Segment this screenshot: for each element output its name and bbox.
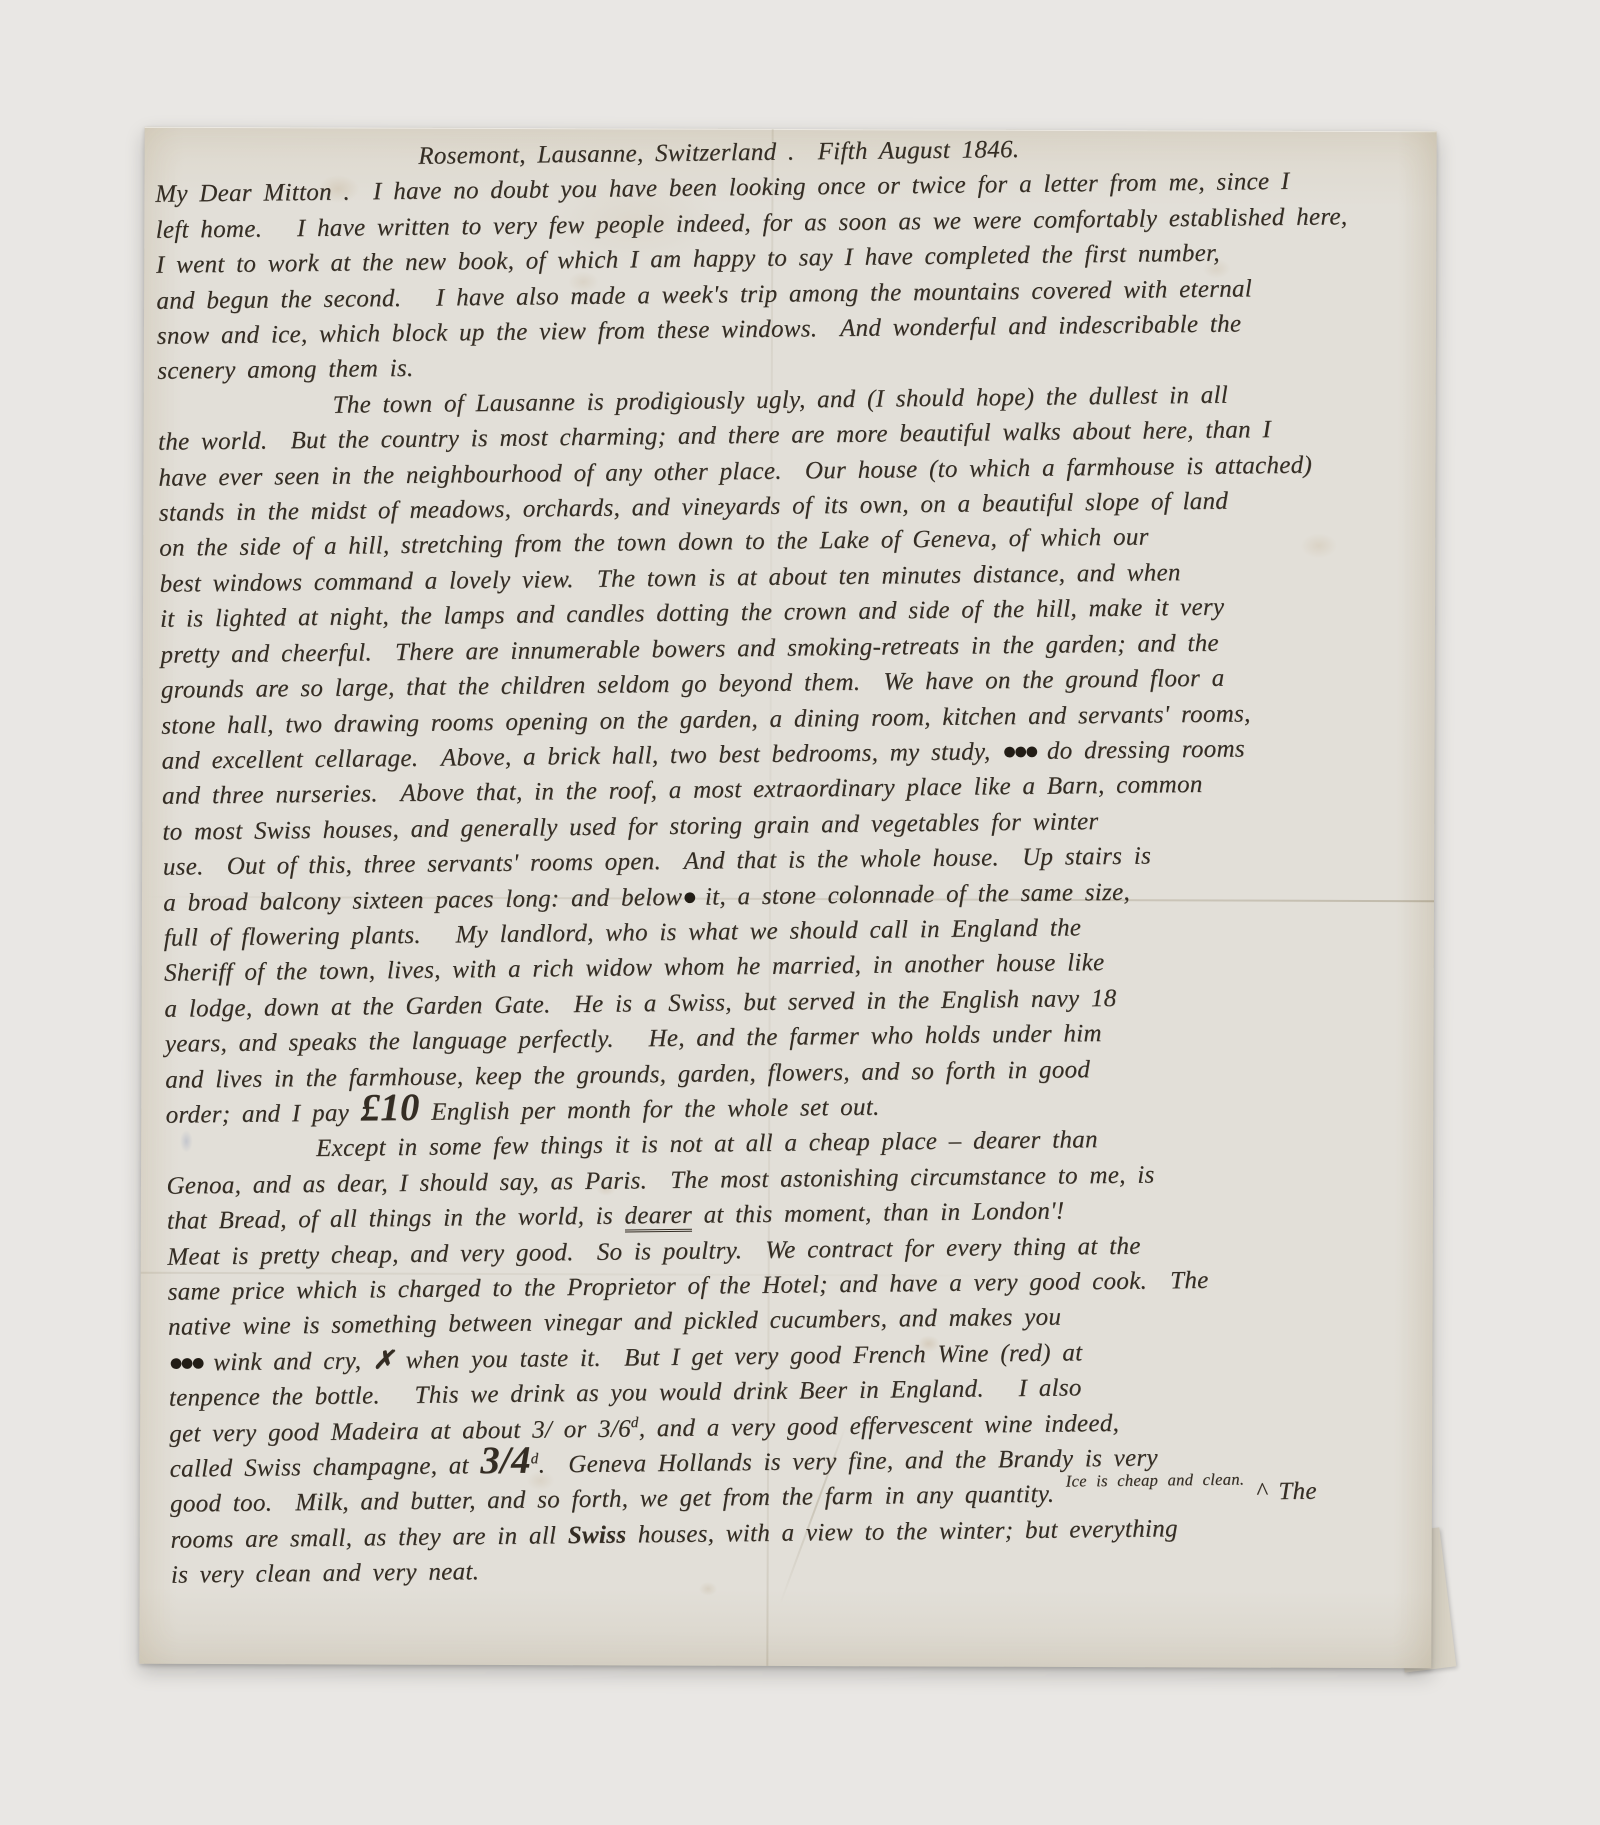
manuscript-segment: and lives in the farmhouse, keep the gro… xyxy=(165,1056,1090,1093)
manuscript-segment: and excellent cellarage. Above, a brick … xyxy=(162,738,1003,775)
manuscript-segment-x: Swiss xyxy=(568,1521,627,1549)
manuscript-segment-blot: ●●● xyxy=(168,1349,202,1376)
manuscript-segment: tenpence the bottle. This we drink as yo… xyxy=(169,1375,1082,1412)
manuscript-segment: rooms are small, as they are in all xyxy=(170,1522,568,1554)
manuscript-segment: scenery among them is. xyxy=(157,355,414,385)
manuscript-segment: native wine is something between vinegar… xyxy=(168,1304,1061,1341)
manuscript-segment: The town of Lausanne is prodigiously ugl… xyxy=(332,381,1228,418)
manuscript-segment: , and a very good effervescent wine inde… xyxy=(639,1410,1120,1442)
manuscript-segment-sup: d xyxy=(531,1451,539,1467)
manuscript-segment: English per month for the whole set out. xyxy=(420,1094,880,1126)
manuscript-segment-big: £10 xyxy=(360,1086,420,1130)
manuscript-segment: full of flowering plants. My landlord, w… xyxy=(164,914,1082,951)
manuscript-segment: to most Swiss houses, and generally used… xyxy=(162,808,1098,846)
manuscript-segment-u2: dearer xyxy=(624,1202,692,1233)
manuscript-segment-blot: ● xyxy=(682,883,693,910)
photo-background: Rosemont, Lausanne, Switzerland . Fifth … xyxy=(0,0,1600,1825)
manuscript-segment-blot: ●●● xyxy=(1002,738,1036,765)
manuscript-segment: Except in some few things it is not at a… xyxy=(316,1127,1098,1163)
manuscript-segment: Sheriff of the town, lives, with a rich … xyxy=(164,949,1105,987)
letter-page: Rosemont, Lausanne, Switzerland . Fifth … xyxy=(139,127,1436,1669)
letter-lines: My Dear Mitton . I have no doubt you hav… xyxy=(155,163,1437,1594)
manuscript-segment: years, and speaks the language perfectly… xyxy=(165,1020,1102,1058)
manuscript-segment: get very good Madeira at about 3/ or 3/6 xyxy=(169,1415,631,1447)
manuscript-segment: wink and cry, xyxy=(202,1347,373,1376)
manuscript-segment: at this moment, than in London'! xyxy=(692,1198,1065,1229)
manuscript-segment: ^ The xyxy=(1244,1478,1317,1506)
manuscript-segment: use. Out of this, three servants' rooms … xyxy=(163,843,1151,881)
manuscript-segment: is very clean and very neat. xyxy=(171,1558,480,1588)
manuscript-segment: it, a stone colonnade of the same size, xyxy=(693,878,1130,910)
manuscript-segment-x: ✗ xyxy=(373,1347,395,1374)
manuscript-segment: called Swiss champagne, at xyxy=(170,1452,481,1483)
letter-body: Rosemont, Lausanne, Switzerland . Fifth … xyxy=(155,127,1437,1593)
manuscript-segment: good too. Milk, and butter, and so forth… xyxy=(170,1481,1066,1518)
manuscript-segment: do dressing rooms xyxy=(1035,735,1245,764)
manuscript-segment-big: 3/4 xyxy=(480,1439,531,1483)
manuscript-segment: a broad balcony sixteen paces long: and … xyxy=(163,883,682,916)
manuscript-segment: that Bread, of all things in the world, … xyxy=(167,1203,625,1235)
manuscript-segment-ins: Ice is cheap and clean. xyxy=(1066,1480,1245,1482)
manuscript-segment: when you taste it. But I get very good F… xyxy=(394,1339,1083,1374)
manuscript-segment: houses, with a view to the winter; but e… xyxy=(626,1515,1178,1548)
manuscript-segment: order; and I pay xyxy=(166,1099,361,1128)
